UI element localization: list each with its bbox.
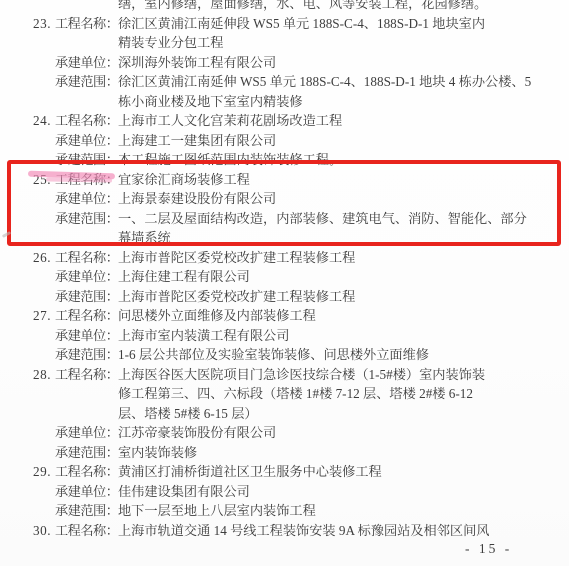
field-value-line: 幕墙系统	[118, 228, 171, 248]
field-value-line: 上海住建工程有限公司	[118, 267, 250, 287]
item-number	[33, 326, 55, 346]
project-line: 承建单位：上海景泰建设股份有限公司	[0, 189, 569, 209]
field-label: 工程名称：	[55, 365, 118, 385]
item-number	[33, 384, 55, 404]
field-label: 工程名称：	[55, 14, 118, 34]
item-number	[33, 287, 55, 307]
project-line: 26.工程名称：上海市普陀区委党校改扩建工程装修工程	[0, 248, 569, 268]
field-value-line: 1-6 层公共部位及实验室装饰装修、问思楼外立面维修	[118, 345, 429, 365]
field-label	[55, 92, 118, 112]
item-number	[33, 345, 55, 365]
project-line: 承建单位：深圳海外装饰工程有限公司	[0, 53, 569, 73]
field-value-line: 地下一层至地上八层室内装饰工程	[118, 501, 316, 521]
project-line: 23.工程名称：徐汇区黄浦江南延伸段 WS5 单元 188S-C-4、188S-…	[0, 14, 569, 34]
project-line: 承建单位：江苏帝豪装饰股份有限公司	[0, 423, 569, 443]
field-value-line: 宜家徐汇商场装修工程	[118, 170, 250, 190]
field-value-line: 徐汇区黄浦江南延伸段 WS5 单元 188S-C-4、188S-D-1 地块室内	[118, 14, 485, 34]
item-number	[33, 33, 55, 53]
field-label: 承建范围：	[55, 345, 118, 365]
project-line: 27.工程名称：问思楼外立面维修及内部装修工程	[0, 306, 569, 326]
field-value-line: 室内装饰装修	[118, 443, 197, 463]
item-number	[33, 189, 55, 209]
field-value-line: 上海医谷医大医院项目门急诊医技综合楼（1-5#楼）室内装饰装	[118, 365, 485, 385]
project-line: 承建单位：佳伟建设集团有限公司	[0, 482, 569, 502]
field-value-line: 本工程施工图纸范围内装饰装修工程。	[118, 150, 342, 170]
field-value-line: 上海市室内装潢工程有限公司	[118, 326, 289, 346]
field-label: 承建范围：	[55, 72, 118, 92]
item-number	[33, 443, 55, 463]
field-label: 承建单位：	[55, 326, 118, 346]
field-label: 承建范围：	[55, 501, 118, 521]
item-number	[33, 72, 55, 92]
project-line: 承建范围：徐汇区黄浦江南延伸 WS5 单元 188S-C-4、188S-D-1 …	[0, 72, 569, 92]
field-label: 承建范围：	[55, 287, 118, 307]
field-label: 工程名称：	[55, 170, 118, 190]
field-value-line: 上海市轨道交通 14 号线工程装饰安装 9A 标豫园站及相邻区间风	[118, 521, 489, 541]
project-line: 修工程第三、四、六标段（塔楼 1#楼 7-12 层、塔楼 2#楼 6-12	[0, 384, 569, 404]
field-label: 工程名称：	[55, 521, 118, 541]
project-line: 层、塔楼 5#楼 6-15 层）	[0, 404, 569, 424]
project-line: 承建范围：一、二层及屋面结构改造，内部装修、建筑电气、消防、智能化、部分	[0, 209, 569, 229]
document-text: 缮，室内修缮，屋面修缮，水、电、风等安装工程，花园修缮。 23.工程名称：徐汇区…	[0, 0, 569, 540]
field-value-line: 一、二层及屋面结构改造，内部装修、建筑电气、消防、智能化、部分	[118, 209, 527, 229]
field-value-line: 江苏帝豪装饰股份有限公司	[118, 423, 276, 443]
item-number: 30.	[33, 521, 55, 541]
field-label: 承建单位：	[55, 189, 118, 209]
project-line: 29.工程名称：黄浦区打浦桥街道社区卫生服务中心装修工程	[0, 462, 569, 482]
field-value-line: 修工程第三、四、六标段（塔楼 1#楼 7-12 层、塔楼 2#楼 6-12	[118, 384, 473, 404]
field-value-line: 精装专业分包工程	[118, 33, 224, 53]
document-page: 缮，室内修缮，屋面修缮，水、电、风等安装工程，花园修缮。 23.工程名称：徐汇区…	[0, 0, 569, 566]
project-line: 承建范围：本工程施工图纸范围内装饰装修工程。	[0, 150, 569, 170]
item-number	[33, 209, 55, 229]
field-label: 工程名称：	[55, 462, 118, 482]
field-label: 工程名称：	[55, 248, 118, 268]
project-line: 承建范围：1-6 层公共部位及实验室装饰装修、问思楼外立面维修	[0, 345, 569, 365]
item-number: 29.	[33, 462, 55, 482]
item-number	[33, 53, 55, 73]
field-label: 承建范围：	[55, 150, 118, 170]
field-label: 承建范围：	[55, 443, 118, 463]
item-number	[33, 92, 55, 112]
project-line: 承建单位：上海市室内装潢工程有限公司	[0, 326, 569, 346]
field-label: 承建单位：	[55, 267, 118, 287]
field-label	[55, 384, 118, 404]
field-value-line: 佳伟建设集团有限公司	[118, 482, 250, 502]
field-label: 承建单位：	[55, 131, 118, 151]
field-value-line: 缮，室内修缮，屋面修缮，水、电、风等安装工程，花园修缮。	[118, 0, 487, 14]
field-label	[55, 0, 118, 14]
page-number: - 15 -	[465, 541, 512, 557]
item-number	[33, 501, 55, 521]
field-value-line: 层、塔楼 5#楼 6-15 层）	[118, 404, 258, 424]
item-number	[33, 404, 55, 424]
item-number	[33, 0, 55, 14]
field-value-line: 上海景泰建设股份有限公司	[118, 189, 276, 209]
project-line: 幕墙系统	[0, 228, 569, 248]
field-label	[55, 404, 118, 424]
project-line: 承建范围：地下一层至地上八层室内装饰工程	[0, 501, 569, 521]
project-line: 承建范围：室内装饰装修	[0, 443, 569, 463]
field-label: 工程名称：	[55, 306, 118, 326]
project-line: 25.工程名称：宜家徐汇商场装修工程	[0, 170, 569, 190]
project-line: 承建单位：上海住建工程有限公司	[0, 267, 569, 287]
field-value-line: 上海市工人文化宫茉莉花剧场改造工程	[118, 111, 342, 131]
project-line: 28.工程名称：上海医谷医大医院项目门急诊医技综合楼（1-5#楼）室内装饰装	[0, 365, 569, 385]
item-number	[33, 423, 55, 443]
partial-top-line: 缮，室内修缮，屋面修缮，水、电、风等安装工程，花园修缮。	[0, 0, 569, 14]
project-line: 承建范围：上海市普陀区委党校改扩建工程装修工程	[0, 287, 569, 307]
field-label	[55, 33, 118, 53]
field-value-line: 上海市普陀区委党校改扩建工程装修工程	[118, 248, 355, 268]
field-label: 承建单位：	[55, 482, 118, 502]
item-number: 26.	[33, 248, 55, 268]
project-list: 23.工程名称：徐汇区黄浦江南延伸段 WS5 单元 188S-C-4、188S-…	[0, 14, 569, 541]
item-number	[33, 482, 55, 502]
field-label	[55, 228, 118, 248]
field-label: 承建单位：	[55, 53, 118, 73]
item-number	[33, 228, 55, 248]
project-line: 30.工程名称：上海市轨道交通 14 号线工程装饰安装 9A 标豫园站及相邻区间…	[0, 521, 569, 541]
field-value-line: 栋小商业楼及地下室室内精装修	[118, 92, 303, 112]
project-line: 承建单位：上海建工一建集团有限公司	[0, 131, 569, 151]
item-number: 28.	[33, 365, 55, 385]
item-number: 25.	[33, 170, 55, 190]
field-value-line: 黄浦区打浦桥街道社区卫生服务中心装修工程	[118, 462, 382, 482]
item-number: 23.	[33, 14, 55, 34]
item-number: 27.	[33, 306, 55, 326]
project-line: 24.工程名称：上海市工人文化宫茉莉花剧场改造工程	[0, 111, 569, 131]
item-number	[33, 267, 55, 287]
field-label: 工程名称：	[55, 111, 118, 131]
project-line: 精装专业分包工程	[0, 33, 569, 53]
field-value-line: 问思楼外立面维修及内部装修工程	[118, 306, 316, 326]
field-value-line: 深圳海外装饰工程有限公司	[118, 53, 276, 73]
field-label: 承建单位：	[55, 423, 118, 443]
item-number: 24.	[33, 111, 55, 131]
item-number	[33, 131, 55, 151]
field-value-line: 上海建工一建集团有限公司	[118, 131, 276, 151]
field-value-line: 上海市普陀区委党校改扩建工程装修工程	[118, 287, 355, 307]
project-line: 栋小商业楼及地下室室内精装修	[0, 92, 569, 112]
item-number	[33, 150, 55, 170]
field-label: 承建范围：	[55, 209, 118, 229]
field-value-line: 徐汇区黄浦江南延伸 WS5 单元 188S-C-4、188S-D-1 地块 4 …	[118, 72, 531, 92]
